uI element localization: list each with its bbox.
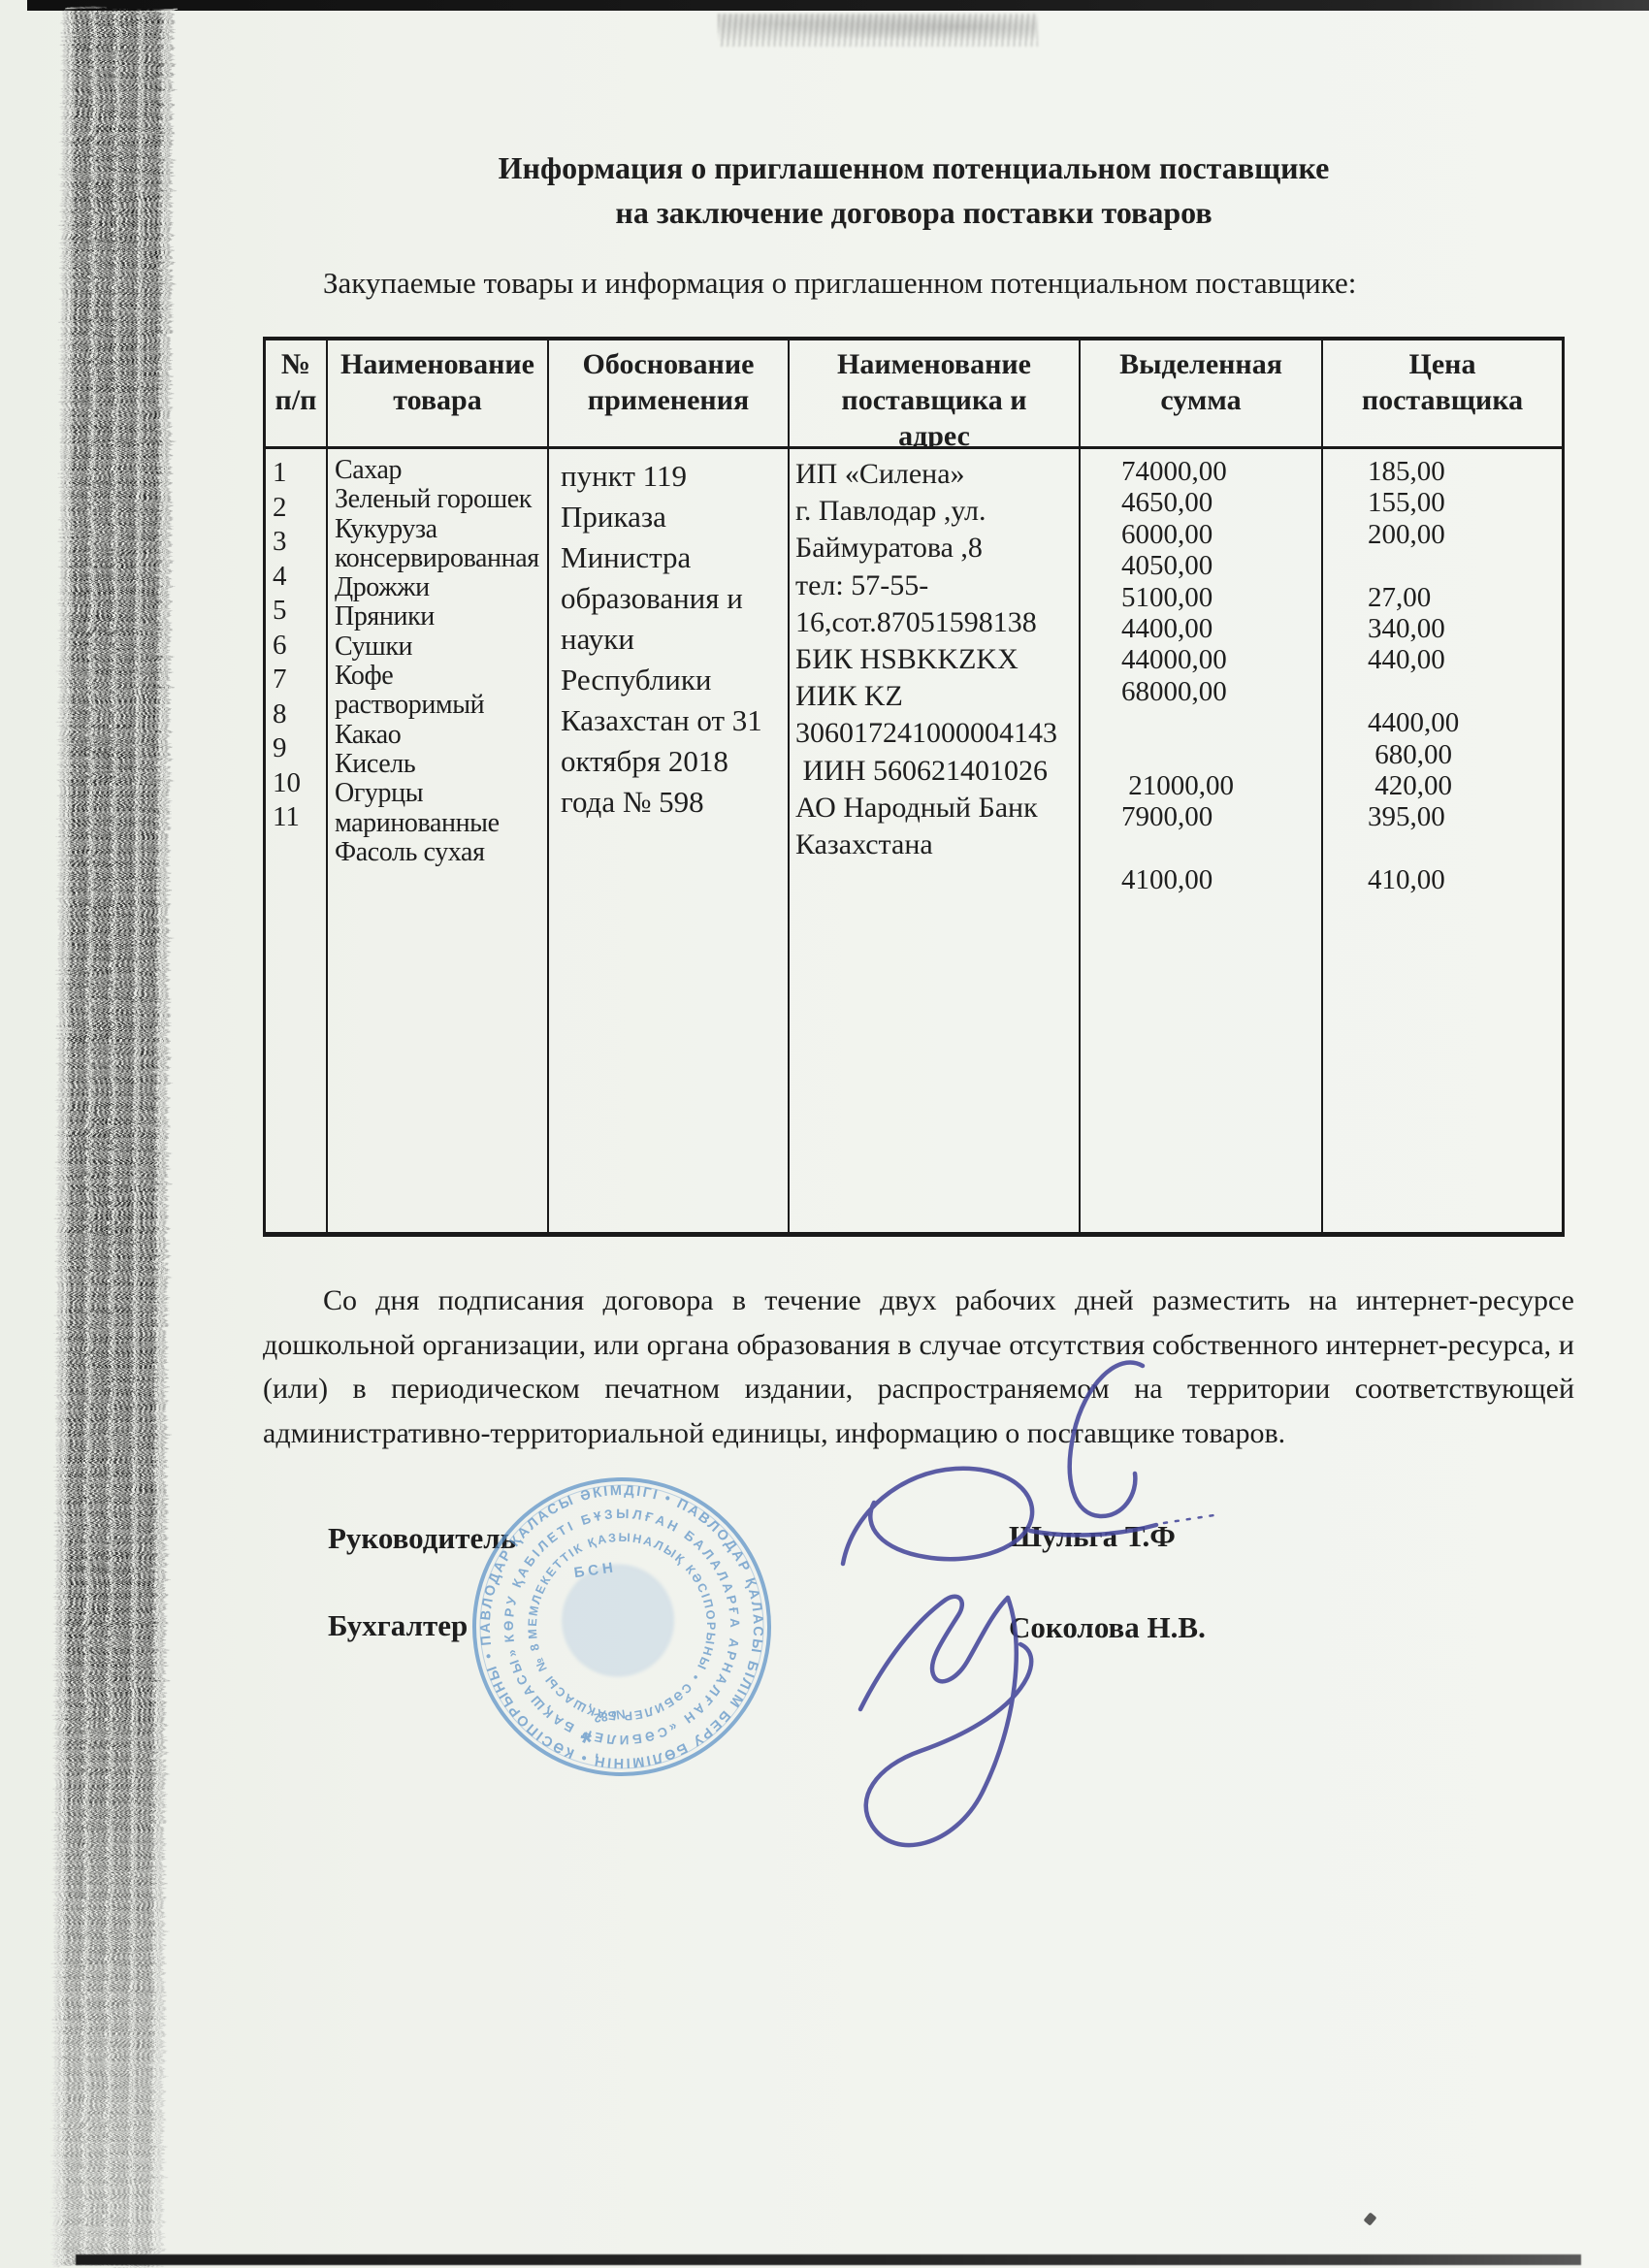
header-supplier: Наименование поставщика и адрес	[790, 340, 1079, 449]
stamp-number-label: № 82	[593, 1706, 626, 1725]
document-title-line-1: Информация о приглашенном потенциальном …	[263, 146, 1565, 190]
stamp-outer-circle	[455, 1460, 788, 1793]
header-supplier-price: Цена поставщика	[1323, 340, 1562, 449]
document-title-line-2: на заключение договора поставки товаров	[263, 190, 1565, 235]
cell-justification: пункт 119 Приказа Министра образования и…	[549, 449, 788, 1232]
scan-top-smudge	[718, 14, 1038, 47]
intro-paragraph: Закупаемые товары и информация о приглаш…	[263, 264, 1572, 303]
scan-left-noise-band	[53, 10, 174, 2268]
header-justification: Обоснование применения	[549, 340, 788, 449]
svg-text:ПАВЛОДАР ҚАЛАСЫ ӘКІМДІГІ • ПАВ: ПАВЛОДАР ҚАЛАСЫ ӘКІМДІГІ • ПАВЛОДАР ҚАЛА…	[460, 1465, 784, 1790]
signature-role-director: Руководитель	[328, 1521, 516, 1556]
table-column-item-name: Наименование товара Сахар Зеленый гороше…	[326, 340, 547, 1232]
header-number: № п/п	[266, 340, 326, 449]
stamp-ring-middle-text: КӨРУ ҚАБІЛЕТІ БҰЗЫЛҒАН БАЛАЛАРҒА АРНАЛҒА…	[486, 1491, 758, 1763]
cell-supplier: ИП «Силена» г. Павлодар ,ул. Баймуратова…	[790, 449, 1079, 1232]
stamp-bsn-label: БСН	[573, 1559, 618, 1581]
table-column-supplier: Наименование поставщика и адрес ИП «Силе…	[788, 340, 1079, 1232]
stamp-outer-inner-line	[462, 1467, 782, 1787]
closing-paragraph: Со дня подписания договора в течение дву…	[263, 1279, 1574, 1455]
signature-role-accountant: Бухгалтер	[328, 1608, 468, 1643]
table-column-allocated-sum: Выделенная сумма 74000,00 4650,00 6000,0…	[1079, 340, 1321, 1232]
header-allocated-sum: Выделенная сумма	[1081, 340, 1321, 449]
table-column-number: № п/п 1 2 3 4 5 6 7 8 9 10 11	[266, 340, 326, 1232]
cell-row-numbers: 1 2 3 4 5 6 7 8 9 10 11	[266, 449, 326, 1232]
stamp-center-disc	[555, 1557, 682, 1684]
scan-speck	[1364, 2212, 1377, 2225]
document-title: Информация о приглашенном потенциальном …	[263, 146, 1565, 235]
table-column-justification: Обоснование применения пункт 119 Приказа…	[547, 340, 788, 1232]
signature-name-director: Шульга Т.Ф	[1009, 1519, 1176, 1554]
scan-bottom-edge-strip	[76, 2254, 1581, 2265]
signature-name-accountant: Соколова Н.В.	[1009, 1610, 1206, 1645]
scanned-document-page: Информация о приглашенном потенциальном …	[0, 0, 1649, 2268]
scan-top-edge-strip	[27, 0, 1649, 11]
accountant-signature	[860, 1597, 1031, 1845]
cell-item-names: Сахар Зеленый горошек Кукуруза консервир…	[328, 449, 547, 1232]
svg-text:КӨРУ ҚАБІЛЕТІ БҰЗЫЛҒАН БАЛАЛАР: КӨРУ ҚАБІЛЕТІ БҰЗЫЛҒАН БАЛАЛАРҒА АРНАЛҒА…	[486, 1491, 758, 1763]
stamp-ring-outer-text: ПАВЛОДАР ҚАЛАСЫ ӘКІМДІГІ • ПАВЛОДАР ҚАЛА…	[460, 1465, 784, 1790]
cell-supplier-price: 185,00 155,00 200,00 27,00 340,00 440,00…	[1323, 449, 1562, 1232]
stamp-star: *	[579, 1726, 595, 1759]
cell-allocated-sum: 74000,00 4650,00 6000,00 4050,00 5100,00…	[1081, 449, 1321, 1232]
goods-table: № п/п 1 2 3 4 5 6 7 8 9 10 11 Наименован…	[263, 337, 1565, 1237]
table-column-supplier-price: Цена поставщика 185,00 155,00 200,00 27,…	[1321, 340, 1562, 1232]
header-item-name: Наименование товара	[328, 340, 547, 449]
